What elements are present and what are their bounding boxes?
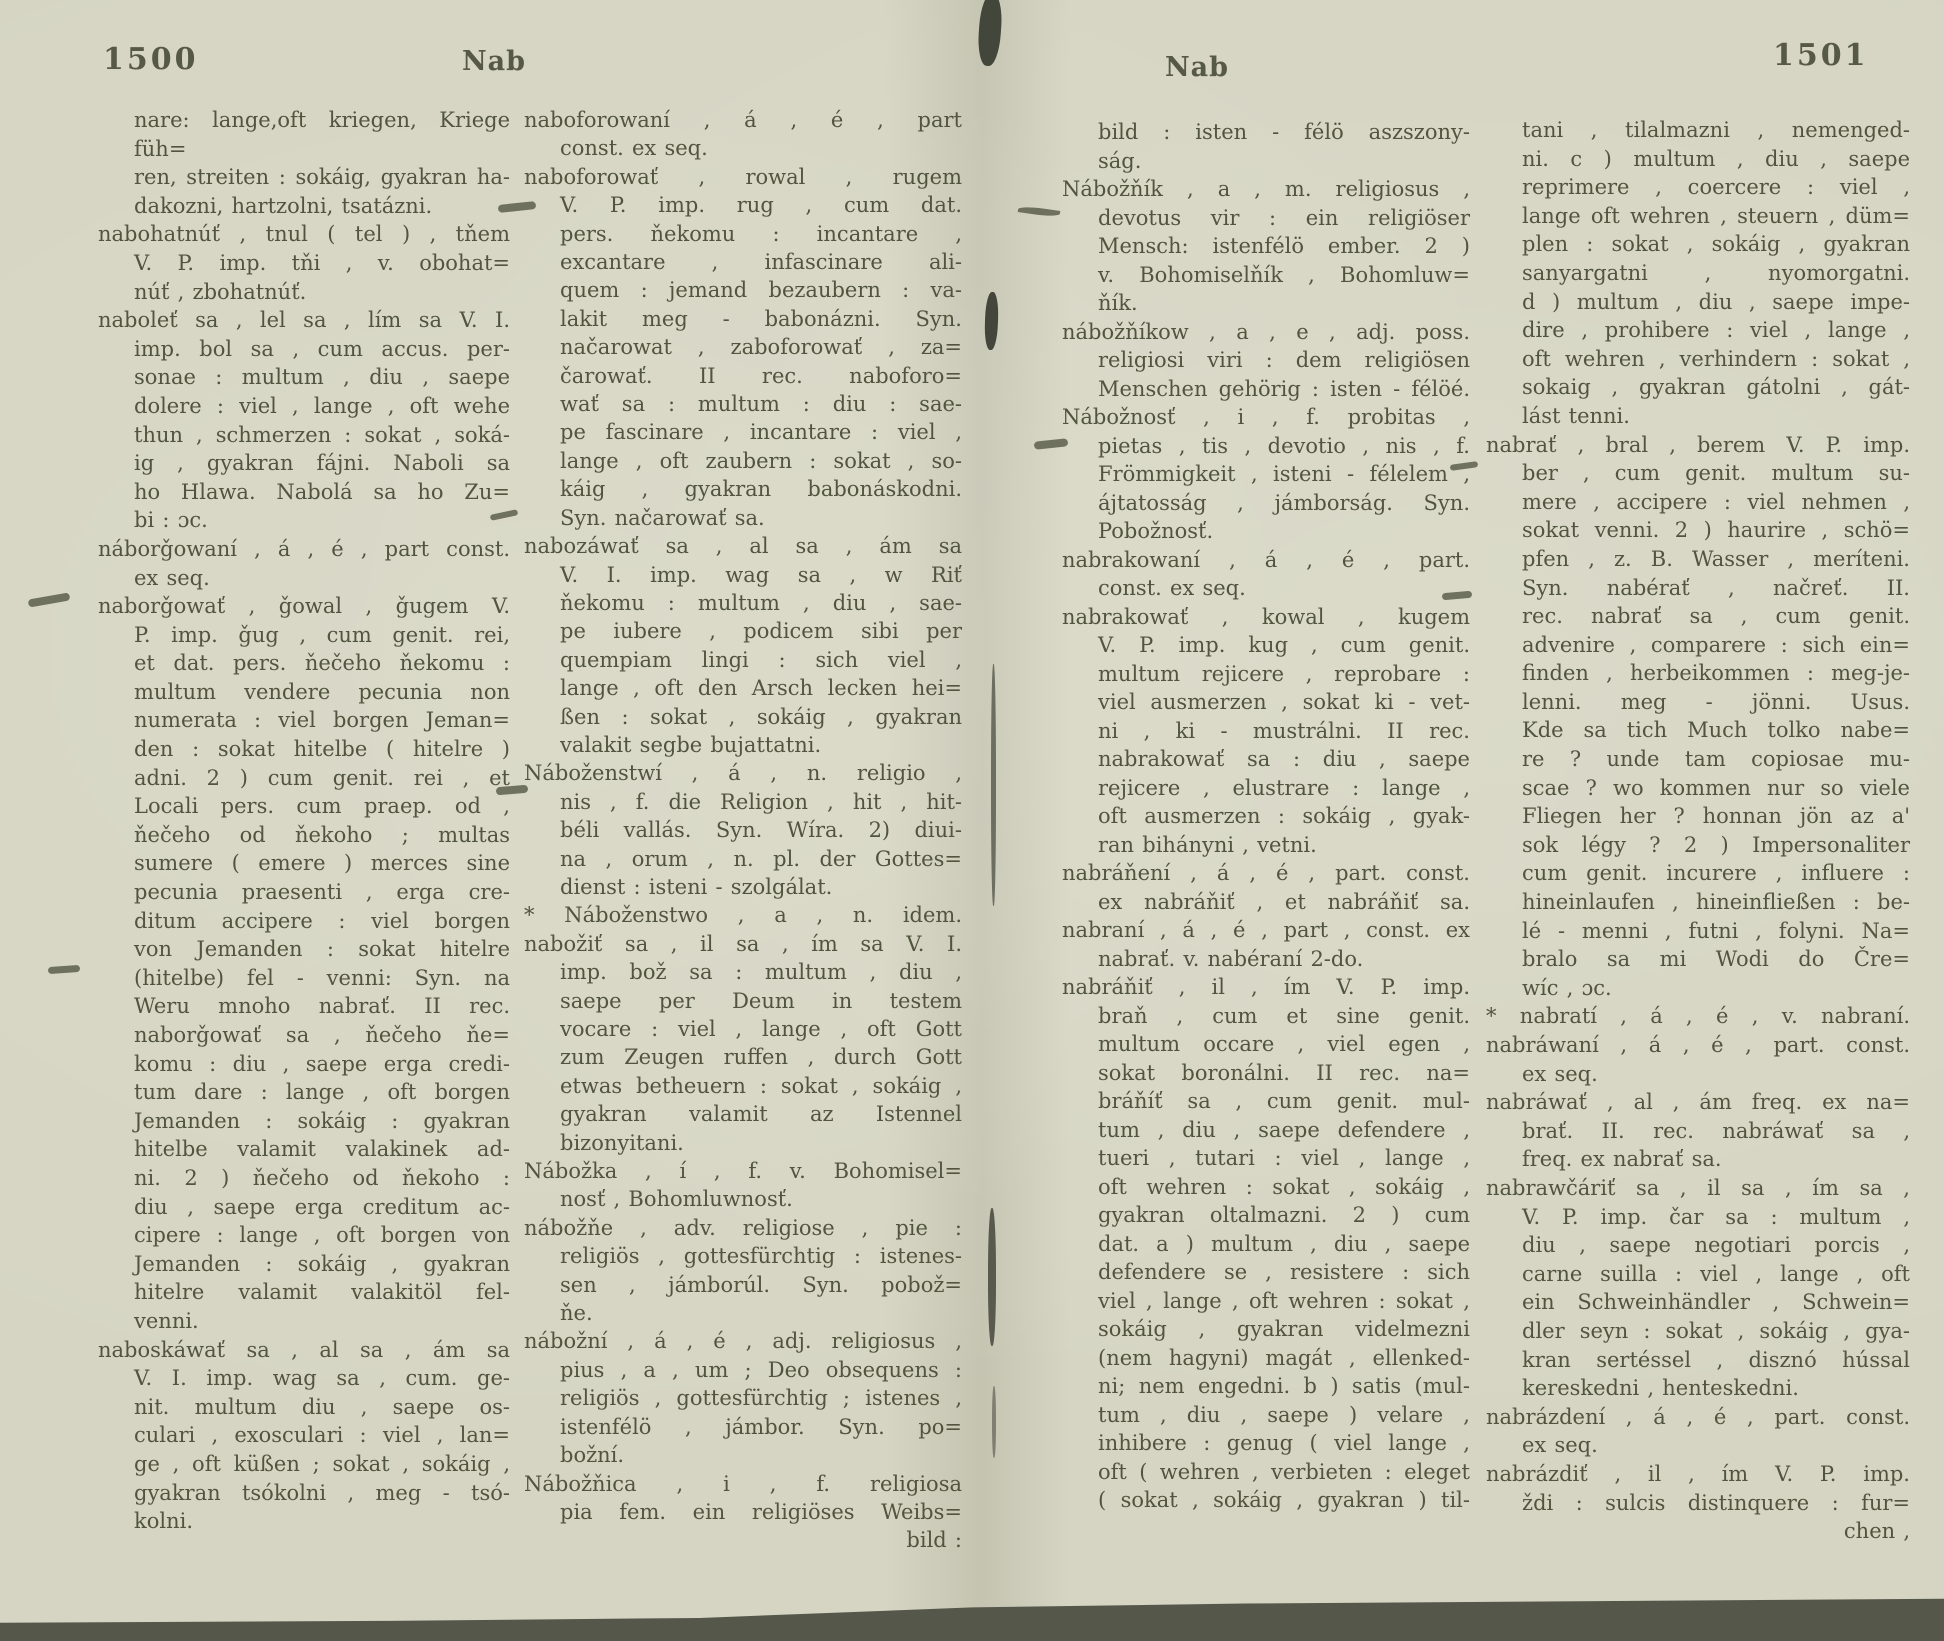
gutter-fold-mark [984, 292, 999, 350]
text-line: lenni. meg - jönni. Usus. [1486, 688, 1910, 717]
text-line: ran bihányni , vetni. [1062, 831, 1470, 860]
text-line: ex nabráňiť , et nabráňiť sa. [1062, 888, 1470, 917]
text-line: načarowat , zaboforowať , za= [524, 333, 962, 361]
text-line: pfen , z. B. Wasser , meríteni. [1486, 545, 1910, 574]
text-line: re ? unde tam copiosae mu- [1486, 745, 1910, 774]
text-line: valakit segbe bujattatni. [524, 731, 962, 759]
text-line: ex seq. [1486, 1060, 1910, 1089]
text-line: ňečeho od ňekoho ; multas [98, 821, 510, 850]
text-line: Nábožňík , a , m. religiosus , [1062, 175, 1470, 204]
text-line: freq. ex nabrať sa. [1486, 1145, 1910, 1174]
text-line: V. I. imp. wag sa , w Riť [524, 561, 962, 589]
text-line: gyakran valamit az Istennel [524, 1100, 962, 1128]
text-line: inhibere : genug ( viel lange , [1062, 1429, 1470, 1458]
text-line: religiös , gottesfürchtig ; istenes , [524, 1384, 962, 1412]
text-line: nabrázdiť , il , ím V. P. imp. [1486, 1460, 1910, 1489]
text-line: Pobožnosť. [1062, 517, 1470, 546]
text-line: sokat boronálni. II rec. na= [1062, 1059, 1470, 1088]
text-line: dienst : isteni - szolgálat. [524, 873, 962, 901]
text-line: sokaig , gyakran gátolni , gát- [1486, 373, 1910, 402]
text-line: náborǧowaní , á , é , part const. [98, 535, 510, 564]
text-line: Nábožka , í , f. v. Bohomisel= [524, 1157, 962, 1185]
text-line: imp. bol sa , cum accus. per- [98, 335, 510, 364]
text-line: Nábožňica , i , f. religiosa [524, 1470, 962, 1498]
text-line: Locali pers. cum praep. od , [98, 792, 510, 821]
text-line: * nabratí , á , é , v. nabraní. [1486, 1002, 1910, 1031]
text-line: Syn. načarowať sa. [524, 504, 962, 532]
text-line: nabrawčáriť sa , il sa , ím sa , [1486, 1174, 1910, 1203]
book-bottom-edge-shadow [0, 1593, 1944, 1641]
right-running-head: Nab [1165, 52, 1229, 83]
text-line: multum occare , viel egen , [1062, 1030, 1470, 1059]
text-line: ni. 2 ) ňečeho od ňekoho : [98, 1164, 510, 1193]
gutter-fold-mark [991, 664, 996, 906]
text-line: Menschen gehörig : isten - félöé. [1062, 375, 1470, 404]
text-line: nabráwaní , á , é , part. const. [1486, 1031, 1910, 1060]
margin-mark [28, 592, 71, 607]
text-line: komu : diu , saepe erga credi- [98, 1050, 510, 1079]
text-line: ni. c ) multum , diu , saepe [1486, 145, 1910, 174]
text-line: nábožňe , adv. religiose , pie : [524, 1214, 962, 1242]
text-line: pia fem. ein religiöses Weibs= [524, 1498, 962, 1526]
text-line: ňekomu : multum , diu , sae- [524, 589, 962, 617]
text-line: cum genit. incurere , influere : [1486, 859, 1910, 888]
text-line: rejicere , elustrare : lange , [1062, 774, 1470, 803]
text-line: ni; nem engedni. b ) satis (mul- [1062, 1372, 1470, 1401]
text-line: V. P. imp. tňi , v. obohat= [98, 249, 510, 278]
text-line: pius , a , um ; Deo obsequens : [524, 1356, 962, 1384]
text-line: Jemanden : sokáig : gyakran [98, 1107, 510, 1136]
text-line: bi : ɔc. [98, 506, 510, 535]
text-line: nábožní , á , é , adj. religiosus , [524, 1327, 962, 1355]
text-line: imp. bož sa : multum , diu , [524, 958, 962, 986]
text-line: na , orum , n. pl. der Gottes= [524, 845, 962, 873]
scanned-dictionary-page: 1500 Nab Nab 1501 nare: lange,oft kriege… [0, 0, 1944, 1641]
text-line: nit. multum diu , saepe os- [98, 1393, 510, 1422]
text-line: ßen : sokat , sokáig , gyakran [524, 703, 962, 731]
text-line: V. P. imp. čar sa : multum , [1486, 1203, 1910, 1232]
text-line: naboleť sa , lel sa , lím sa V. I. [98, 306, 510, 335]
text-line: nabrakowaní , á , é , part. [1062, 546, 1470, 575]
text-line: ren, streiten : sokáig, gyakran ha- [98, 163, 510, 192]
text-line: dakozni, hartzolni, tsatázni. [98, 192, 510, 221]
text-line: Mensch: istenfélö ember. 2 ) [1062, 232, 1470, 261]
text-line: sok légy ? 2 ) Impersonaliter [1486, 831, 1910, 860]
text-line: pe fascinare , incantare : viel , [524, 418, 962, 446]
text-line: pietas , tis , devotio , nis , f. [1062, 432, 1470, 461]
text-line: Kde sa tich Much tolko nabe= [1486, 716, 1910, 745]
column-2: naboforowaní , á , é , partconst. ex seq… [524, 106, 962, 1555]
text-line: bralo sa mi Wodi do Čre= [1486, 945, 1910, 974]
text-line: dolere : viel , lange , oft wehe [98, 392, 510, 421]
text-line: nabozáwať sa , al sa , ám sa [524, 532, 962, 560]
text-line: venni. [98, 1307, 510, 1336]
text-line: finden , herbeikommen : meg-je- [1486, 659, 1910, 688]
margin-mark [48, 965, 80, 974]
text-line: carne suilla : viel , lange , oft [1486, 1260, 1910, 1289]
text-line: d ) multum , diu , saepe impe- [1486, 288, 1910, 317]
text-line: oft ausmerzen : sokáig , gyak- [1062, 802, 1470, 831]
text-line: Fliegen her ? honnan jön az a' [1486, 802, 1910, 831]
text-line: V. P. imp. rug , cum dat. [524, 191, 962, 219]
text-line: sonae : multum , diu , saepe [98, 363, 510, 392]
left-running-head: Nab [462, 46, 526, 77]
text-line: chen , [1486, 1517, 1910, 1546]
text-line: naboskáwať sa , al sa , ám sa [98, 1336, 510, 1365]
text-line: defendere se , resistere : sich [1062, 1258, 1470, 1287]
text-line: nabráwať , al , ám freq. ex na= [1486, 1088, 1910, 1117]
text-line: nosť , Bohomluwnosť. [524, 1185, 962, 1213]
text-line: viel , lange , oft wehren : sokat , [1062, 1287, 1470, 1316]
text-line: const. ex seq. [524, 134, 962, 162]
text-line: diu , saepe erga creditum ac- [98, 1193, 510, 1222]
text-line: wíc , ɔc. [1486, 974, 1910, 1003]
text-line: bráňíť sa , cum genit. mul- [1062, 1087, 1470, 1116]
text-line: tani , tilalmazni , nemenged- [1486, 116, 1910, 145]
text-line: Jemanden : sokáig , gyakran [98, 1250, 510, 1279]
text-line: den : sokat hitelbe ( hitelre ) [98, 735, 510, 764]
text-line: v. Bohomiselňík , Bohomluw= [1062, 261, 1470, 290]
text-line: culari , exosculari : viel , lan= [98, 1421, 510, 1450]
text-line: wať sa : multum : diu : sae- [524, 390, 962, 418]
text-line: tueri , tutari : viel , lange , [1062, 1144, 1470, 1173]
text-line: advenire , comparere : sich ein= [1486, 631, 1910, 660]
text-line: gyakran oltalmazni. 2 ) cum [1062, 1201, 1470, 1230]
text-line: naborǧowať sa , ňečeho ňe= [98, 1021, 510, 1050]
text-line: nabohatnúť , tnul ( tel ) , tňem [98, 220, 510, 249]
text-line: kolni. [98, 1507, 510, 1536]
text-line: bild : isten - félö aszszony- [1062, 118, 1470, 147]
text-line: V. I. imp. wag sa , cum. ge- [98, 1364, 510, 1393]
text-line: plen : sokat , sokáig , gyakran [1486, 230, 1910, 259]
column-1: nare: lange,oft kriegen, Kriege füh=ren,… [98, 106, 510, 1536]
text-line: saepe per Deum in testem [524, 987, 962, 1015]
text-line: nabrakowať , kowal , kugem [1062, 603, 1470, 632]
text-line: V. P. imp. kug , cum genit. [1062, 631, 1470, 660]
text-line: et dat. pers. ňečeho ňekomu : [98, 649, 510, 678]
text-line: etwas betheuern : sokat , sokáig , [524, 1072, 962, 1100]
text-line: Syn. nabérať , načreť. II. [1486, 574, 1910, 603]
text-line: lange oft wehren , steuern , düm= [1486, 202, 1910, 231]
text-line: const. ex seq. [1062, 574, 1470, 603]
text-line: kran sertéssel , disznó hússal [1486, 1346, 1910, 1375]
gutter-fold-mark [992, 1386, 996, 1458]
text-line: ság. [1062, 147, 1470, 176]
text-line: ein Schweinhändler , Schwein= [1486, 1288, 1910, 1317]
text-line: ňe. [524, 1299, 962, 1327]
text-line: kereskedni , henteskedni. [1486, 1374, 1910, 1403]
text-line: hitelbe valamit valakinek ad- [98, 1135, 510, 1164]
text-line: naboforowaní , á , é , part [524, 106, 962, 134]
text-line: ho Hlawa. Nabolá sa ho Zu= [98, 478, 510, 507]
text-line: nabrať. v. nabéraní 2-do. [1062, 945, 1470, 974]
text-line: quem : jemand bezaubern : va- [524, 276, 962, 304]
text-line: nabrázdení , á , é , part. const. [1486, 1403, 1910, 1432]
text-line: rec. nabrať sa , cum genit. [1486, 602, 1910, 631]
text-line: von Jemanden : sokat hitelre [98, 935, 510, 964]
gutter-fold-mark [977, 0, 1004, 67]
text-line: lé - menni , futni , folyni. Na= [1486, 917, 1910, 946]
text-line: béli vallás. Syn. Wíra. 2) diui- [524, 816, 962, 844]
text-line: Weru mnoho nabrať. II rec. [98, 992, 510, 1021]
text-line: nabožiť sa , il sa , ím sa V. I. [524, 930, 962, 958]
text-line: quempiam lingi : sich viel , [524, 646, 962, 674]
text-line: multum rejicere , reprobare : [1062, 660, 1470, 689]
text-line: diu , saepe negotiari porcis , [1486, 1231, 1910, 1260]
text-line: tum , diu , saepe defendere , [1062, 1116, 1470, 1145]
text-line: hitelre valamit valakitöl fel- [98, 1278, 510, 1307]
text-line: núť , zbohatnúť. [98, 278, 510, 307]
text-line: ni , ki - mustrálni. II rec. [1062, 717, 1470, 746]
text-line: (nem hagyni) magát , ellenked- [1062, 1344, 1470, 1373]
text-line: lange , oft zaubern : sokat , so- [524, 447, 962, 475]
text-line: pecunia praesenti , erga cre- [98, 878, 510, 907]
text-line: ge , oft küßen ; sokat , sokáig , [98, 1450, 510, 1479]
text-line: ájtatosság , jámborság. Syn. [1062, 489, 1470, 518]
text-line: čarowať. II rec. naboforo= [524, 362, 962, 390]
text-line: ex seq. [98, 564, 510, 593]
text-line: ber , cum genit. multum su- [1486, 459, 1910, 488]
text-line: scae ? wo kommen nur so viele [1486, 774, 1910, 803]
margin-mark [1018, 205, 1061, 218]
text-line: cipere : lange , oft borgen von [98, 1221, 510, 1250]
text-line: hineinlaufen , hineinfließen : be- [1486, 888, 1910, 917]
text-line: religiosi viri : dem religiösen [1062, 346, 1470, 375]
text-line: thun , schmerzen : sokat , soká- [98, 421, 510, 450]
text-line: ňík. [1062, 289, 1470, 318]
text-line: tum , diu , saepe ) velare , [1062, 1401, 1470, 1430]
text-line: pers. ňekomu : incantare , [524, 220, 962, 248]
text-line: dler seyn : sokat , sokáig , gya- [1486, 1317, 1910, 1346]
text-line: oft wehren , verhindern : sokat , [1486, 345, 1910, 374]
text-line: lakit meg - babonázni. Syn. [524, 305, 962, 333]
text-line: istenfélö , jámbor. Syn. po= [524, 1413, 962, 1441]
text-line: tum dare : lange , oft borgen [98, 1078, 510, 1107]
text-line: lange , oft den Arsch lecken hei= [524, 674, 962, 702]
text-line: brať. II. rec. nabráwať sa , [1486, 1117, 1910, 1146]
text-line: bizonyitani. [524, 1129, 962, 1157]
text-line: ex seq. [1486, 1431, 1910, 1460]
text-line: nare: lange,oft kriegen, Kriege füh= [98, 106, 510, 163]
text-line: braň , cum et sine genit. [1062, 1002, 1470, 1031]
column-4: tani , tilalmazni , nemenged-ni. c ) mul… [1486, 116, 1910, 1546]
left-page-number: 1500 [103, 42, 199, 77]
text-line: oft wehren : sokat , sokáig , [1062, 1173, 1470, 1202]
text-line: viel ausmerzen , sokat ki - vet- [1062, 688, 1470, 717]
text-line: nabrať , bral , berem V. P. imp. [1486, 431, 1910, 460]
text-line: nabráňiť , il , ím V. P. imp. [1062, 973, 1470, 1002]
text-line: zum Zeugen ruffen , durch Gott [524, 1043, 962, 1071]
text-line: lást tenni. [1486, 402, 1910, 431]
text-line: dire , prohibere : viel , lange , [1486, 316, 1910, 345]
text-line: božní. [524, 1441, 962, 1469]
text-line: excantare , infascinare ali- [524, 248, 962, 276]
gutter-fold-mark [988, 1208, 996, 1346]
text-line: naborǧowať , ǧowal , ǧugem V. [98, 592, 510, 621]
text-line: sumere ( emere ) merces sine [98, 849, 510, 878]
text-line: mere , accipere : viel nehmen , [1486, 488, 1910, 517]
text-line: ždi : sulcis distinquere : fur= [1486, 1489, 1910, 1518]
text-line: dat. a ) multum , diu , saepe [1062, 1230, 1470, 1259]
text-line: nábožňíkow , a , e , adj. poss. [1062, 318, 1470, 347]
text-line: adni. 2 ) cum genit. rei , et [98, 764, 510, 793]
text-line: pe iubere , podicem sibi per [524, 617, 962, 645]
text-line: devotus vir : ein religiöser [1062, 204, 1470, 233]
text-line: multum vendere pecunia non [98, 678, 510, 707]
text-line: numerata : viel borgen Jeman= [98, 706, 510, 735]
text-line: naboforowať , rowal , rugem [524, 163, 962, 191]
text-line: religiös , gottesfürchtig : istenes- [524, 1242, 962, 1270]
text-line: nis , f. die Religion , hit , hit- [524, 788, 962, 816]
text-line: nabráňení , á , é , part. const. [1062, 859, 1470, 888]
text-line: gyakran tsókolni , meg - tsó- [98, 1479, 510, 1508]
text-line: * Náboženstwo , a , n. idem. [524, 901, 962, 929]
text-line: reprimere , coercere : viel , [1486, 173, 1910, 202]
text-line: Náboženstwí , á , n. religio , [524, 759, 962, 787]
text-line: sokáig , gyakran videlmezni [1062, 1315, 1470, 1344]
text-line: P. imp. ǧug , cum genit. rei, [98, 621, 510, 650]
text-line: (hitelbe) fel - venni: Syn. na [98, 964, 510, 993]
text-line: sokat venni. 2 ) haurire , schö= [1486, 516, 1910, 545]
text-line: ( sokat , sokáig , gyakran ) til- [1062, 1486, 1470, 1515]
right-page-number: 1501 [1773, 38, 1869, 73]
text-line: sanyargatni , nyomorgatni. [1486, 259, 1910, 288]
text-line: vocare : viel , lange , oft Gott [524, 1015, 962, 1043]
text-line: nabraní , á , é , part , const. ex [1062, 916, 1470, 945]
text-line: Nábožnosť , i , f. probitas , [1062, 403, 1470, 432]
text-line: ditum accipere : viel borgen [98, 907, 510, 936]
text-line: Frömmigkeit , isteni - félelem , [1062, 460, 1470, 489]
text-line: nabrakowať sa : diu , saepe [1062, 745, 1470, 774]
text-line: bild : [524, 1526, 962, 1554]
text-line: sen , jámborúl. Syn. pobož= [524, 1271, 962, 1299]
column-3: bild : isten - félö aszszony-ság.Nábožňí… [1062, 118, 1470, 1515]
text-line: ig , gyakran fájni. Naboli sa [98, 449, 510, 478]
text-line: oft ( wehren , verbieten : eleget [1062, 1458, 1470, 1487]
text-line: káig , gyakran babonáskodni. [524, 475, 962, 503]
